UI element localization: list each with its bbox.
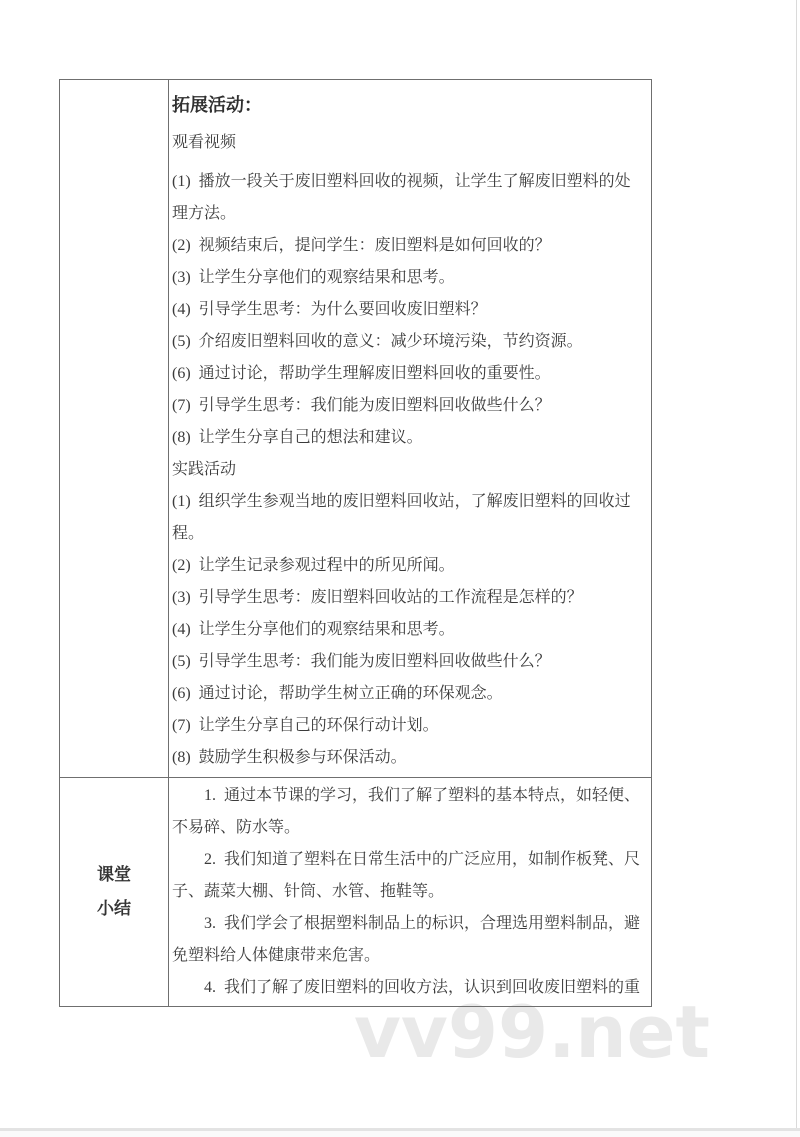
paragraph: (3) 引导学生思考：废旧塑料回收站的工作流程是怎样的？ xyxy=(172,582,643,614)
paragraph: 实践活动 xyxy=(172,454,643,486)
paragraph: 4. 我们了解了废旧塑料的回收方法，认识到回收废旧塑料的重 xyxy=(172,972,643,1004)
paragraph: 3. 我们学会了根据塑料制品上的标识，合理选用塑料制品，避免塑料给人体健康带来危… xyxy=(172,908,643,972)
paragraph: (6) 通过讨论，帮助学生树立正确的环保观念。 xyxy=(172,678,643,710)
paragraph: (5) 介绍废旧塑料回收的意义：减少环境污染，节约资源。 xyxy=(172,326,643,358)
lesson-plan-table: 拓展活动： 观看视频 (1) 播放一段关于废旧塑料回收的视频，让学生了解废旧塑料… xyxy=(59,79,652,1007)
paragraph: (4) 让学生分享他们的观察结果和思考。 xyxy=(172,614,643,646)
paragraph: (6) 通过讨论，帮助学生理解废旧塑料回收的重要性。 xyxy=(172,358,643,390)
paragraph: (7) 让学生分享自己的环保行动计划。 xyxy=(172,710,643,742)
summary-label-line-2: 小结 xyxy=(97,892,131,926)
paragraph: (4) 引导学生思考：为什么要回收废旧塑料？ xyxy=(172,294,643,326)
paragraph: 1. 通过本节课的学习，我们了解了塑料的基本特点，如轻便、不易碎、防水等。 xyxy=(172,780,643,844)
expansion-content-cell: 拓展活动： 观看视频 (1) 播放一段关于废旧塑料回收的视频，让学生了解废旧塑料… xyxy=(169,80,651,777)
summary-label-cell: 课堂 小结 xyxy=(60,778,169,1006)
expansion-label-cell-empty xyxy=(60,80,169,777)
summary-content-cell: 1. 通过本节课的学习，我们了解了塑料的基本特点，如轻便、不易碎、防水等。 2.… xyxy=(169,778,651,1006)
paragraph: (2) 让学生记录参观过程中的所见所闻。 xyxy=(172,550,643,582)
paragraph: 观看视频 xyxy=(172,127,643,159)
paragraph: (2) 视频结束后，提问学生：废旧塑料是如何回收的？ xyxy=(172,230,643,262)
page-below-edge-area xyxy=(0,1131,800,1137)
summary-label-line-1: 课堂 xyxy=(97,858,131,892)
section-heading: 拓展活动： xyxy=(172,88,643,122)
paragraph: (5) 引导学生思考：我们能为废旧塑料回收做些什么？ xyxy=(172,646,643,678)
paragraph: (3) 让学生分享他们的观察结果和思考。 xyxy=(172,262,643,294)
paragraph: 2. 我们知道了塑料在日常生活中的广泛应用，如制作板凳、尺子、蔬菜大棚、针筒、水… xyxy=(172,844,643,908)
table-row-class-summary: 课堂 小结 1. 通过本节课的学习，我们了解了塑料的基本特点，如轻便、不易碎、防… xyxy=(60,778,651,1006)
paragraph: (8) 鼓励学生积极参与环保活动。 xyxy=(172,742,643,774)
page-right-edge-line xyxy=(796,0,797,1137)
paragraph: (1) 组织学生参观当地的废旧塑料回收站，了解废旧塑料的回收过程。 xyxy=(172,486,643,550)
paragraph: (8) 让学生分享自己的想法和建议。 xyxy=(172,422,643,454)
paragraph: (1) 播放一段关于废旧塑料回收的视频，让学生了解废旧塑料的处理方法。 xyxy=(172,166,643,230)
table-row-expansion-activities: 拓展活动： 观看视频 (1) 播放一段关于废旧塑料回收的视频，让学生了解废旧塑料… xyxy=(60,80,651,778)
paragraph: (7) 引导学生思考：我们能为废旧塑料回收做些什么？ xyxy=(172,390,643,422)
